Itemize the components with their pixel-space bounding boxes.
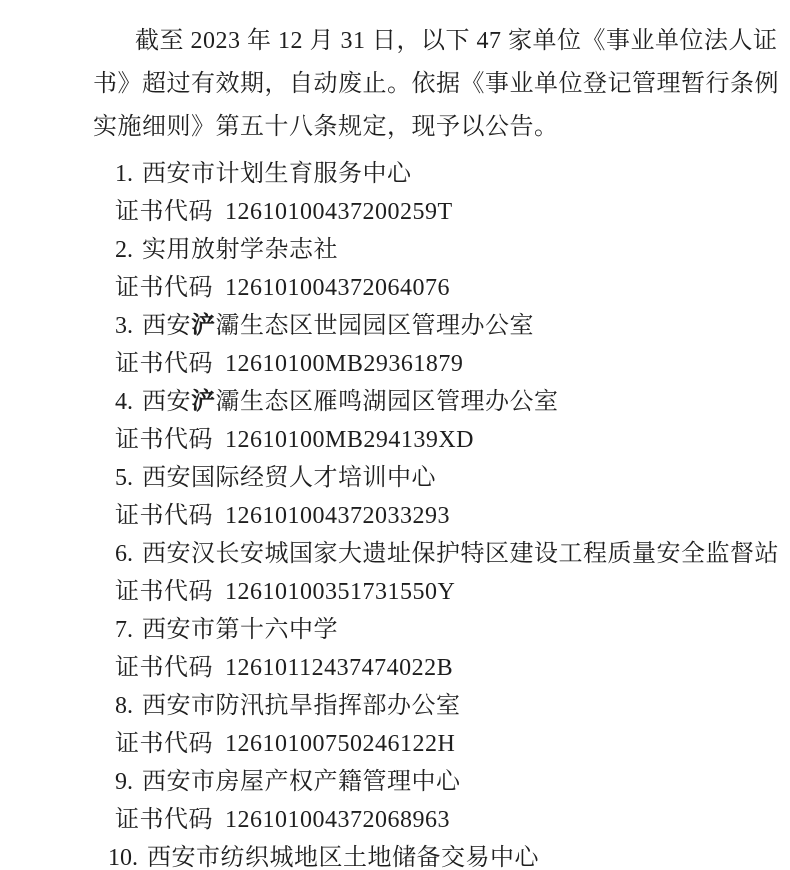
notice-intro: 截至 2023 年 12 月 31 日，以下 47 家单位《事业单位法人证 书》… bbox=[93, 20, 702, 149]
unit-name-line: 9.西安市房屋产权产籍管理中心 bbox=[115, 763, 702, 801]
intro-line: 书》超过有效期，自动废止。依据《事业单位登记管理暂行条例 bbox=[93, 63, 702, 106]
certificate-code-label: 证书代码 bbox=[115, 421, 213, 459]
intro-line: 截至 2023 年 12 月 31 日，以下 47 家单位《事业单位法人证 bbox=[93, 20, 702, 63]
certificate-code-line: 证书代码12610100MB29361879 bbox=[115, 345, 702, 383]
unit-name: 西安浐灞生态区雁鸣湖园区管理办公室 bbox=[142, 389, 559, 415]
certificate-code-value: 126101004372064076 bbox=[225, 275, 450, 301]
certificate-code-line: 证书代码126101004372033293 bbox=[115, 497, 702, 535]
intro-line: 实施细则》第五十八条规定，现予以公告。 bbox=[93, 106, 702, 149]
unit-name: 西安市第十六中学 bbox=[142, 617, 338, 643]
item-number: 3. bbox=[115, 307, 133, 345]
unit-name-line: 7.西安市第十六中学 bbox=[115, 611, 702, 649]
list-item: 3.西安浐灞生态区世园园区管理办公室 证书代码12610100MB2936187… bbox=[93, 307, 702, 383]
certificate-code-value: 12610100MB29361879 bbox=[225, 351, 463, 377]
certificate-code-label: 证书代码 bbox=[115, 649, 213, 687]
item-number: 6. bbox=[115, 535, 133, 573]
unit-name: 实用放射学杂志社 bbox=[142, 237, 338, 263]
certificate-code-label: 证书代码 bbox=[115, 345, 213, 383]
list-item: 5.西安国际经贸人才培训中心 证书代码126101004372033293 bbox=[93, 459, 702, 535]
item-number: 1. bbox=[115, 155, 133, 193]
unit-name: 西安市房屋产权产籍管理中心 bbox=[142, 769, 461, 795]
unit-name-line: 2.实用放射学杂志社 bbox=[115, 231, 702, 269]
certificate-code-value: 12610100MB294139XD bbox=[225, 427, 474, 453]
item-number: 7. bbox=[115, 611, 133, 649]
list-item: 10.西安市纺织城地区土地储备交易中心 bbox=[93, 839, 702, 870]
certificate-code-line: 证书代码12610100750246122H bbox=[115, 725, 702, 763]
item-number: 2. bbox=[115, 231, 133, 269]
unit-name: 西安市计划生育服务中心 bbox=[142, 161, 412, 187]
certificate-code-label: 证书代码 bbox=[115, 497, 213, 535]
unit-name-line: 4.西安浐灞生态区雁鸣湖园区管理办公室 bbox=[115, 383, 702, 421]
list-item: 9.西安市房屋产权产籍管理中心 证书代码126101004372068963 bbox=[93, 763, 702, 839]
certificate-code-value: 12610100437200259T bbox=[225, 199, 453, 225]
item-number: 5. bbox=[115, 459, 133, 497]
certificate-code-label: 证书代码 bbox=[115, 725, 213, 763]
certificate-code-value: 12610100750246122H bbox=[225, 731, 455, 757]
unit-name: 西安汉长安城国家大遗址保护特区建设工程质量安全监督站 bbox=[142, 541, 779, 567]
item-number: 8. bbox=[115, 687, 133, 725]
certificate-code-label: 证书代码 bbox=[115, 193, 213, 231]
certificate-code-label: 证书代码 bbox=[115, 801, 213, 839]
certificate-code-line: 证书代码12610100351731550Y bbox=[115, 573, 702, 611]
list-item: 1.西安市计划生育服务中心 证书代码12610100437200259T bbox=[93, 155, 702, 231]
list-item: 8.西安市防汛抗旱指挥部办公室 证书代码12610100750246122H bbox=[93, 687, 702, 763]
certificate-code-line: 证书代码12610112437474022B bbox=[115, 649, 702, 687]
certificate-code-value: 126101004372068963 bbox=[225, 807, 450, 833]
unit-name: 西安浐灞生态区世园园区管理办公室 bbox=[142, 313, 534, 339]
certificate-code-label: 证书代码 bbox=[115, 269, 213, 307]
certificate-code-value: 12610112437474022B bbox=[225, 655, 453, 681]
list-item: 6.西安汉长安城国家大遗址保护特区建设工程质量安全监督站 证书代码1261010… bbox=[93, 535, 702, 611]
unit-list: 1.西安市计划生育服务中心 证书代码12610100437200259T 2.实… bbox=[93, 155, 702, 870]
unit-name: 西安市防汛抗旱指挥部办公室 bbox=[142, 693, 461, 719]
document-page: 截至 2023 年 12 月 31 日，以下 47 家单位《事业单位法人证 书》… bbox=[0, 0, 790, 870]
list-item: 7.西安市第十六中学 证书代码12610112437474022B bbox=[93, 611, 702, 687]
unit-name: 西安国际经贸人才培训中心 bbox=[142, 465, 436, 491]
item-number: 4. bbox=[115, 383, 133, 421]
unit-name: 西安市纺织城地区土地储备交易中心 bbox=[147, 845, 539, 870]
unit-name-line: 10.西安市纺织城地区土地储备交易中心 bbox=[108, 839, 702, 870]
unit-name-line: 8.西安市防汛抗旱指挥部办公室 bbox=[115, 687, 702, 725]
unit-name-line: 1.西安市计划生育服务中心 bbox=[115, 155, 702, 193]
unit-name-line: 5.西安国际经贸人才培训中心 bbox=[115, 459, 702, 497]
certificate-code-line: 证书代码126101004372068963 bbox=[115, 801, 702, 839]
unit-name-line: 3.西安浐灞生态区世园园区管理办公室 bbox=[115, 307, 702, 345]
certificate-code-value: 12610100351731550Y bbox=[225, 579, 455, 605]
certificate-code-line: 证书代码12610100MB294139XD bbox=[115, 421, 702, 459]
list-item: 2.实用放射学杂志社 证书代码126101004372064076 bbox=[93, 231, 702, 307]
list-item: 4.西安浐灞生态区雁鸣湖园区管理办公室 证书代码12610100MB294139… bbox=[93, 383, 702, 459]
item-number: 10. bbox=[108, 839, 138, 870]
item-number: 9. bbox=[115, 763, 133, 801]
certificate-code-line: 证书代码12610100437200259T bbox=[115, 193, 702, 231]
certificate-code-line: 证书代码126101004372064076 bbox=[115, 269, 702, 307]
certificate-code-label: 证书代码 bbox=[115, 573, 213, 611]
unit-name-line: 6.西安汉长安城国家大遗址保护特区建设工程质量安全监督站 bbox=[115, 535, 702, 573]
certificate-code-value: 126101004372033293 bbox=[225, 503, 450, 529]
